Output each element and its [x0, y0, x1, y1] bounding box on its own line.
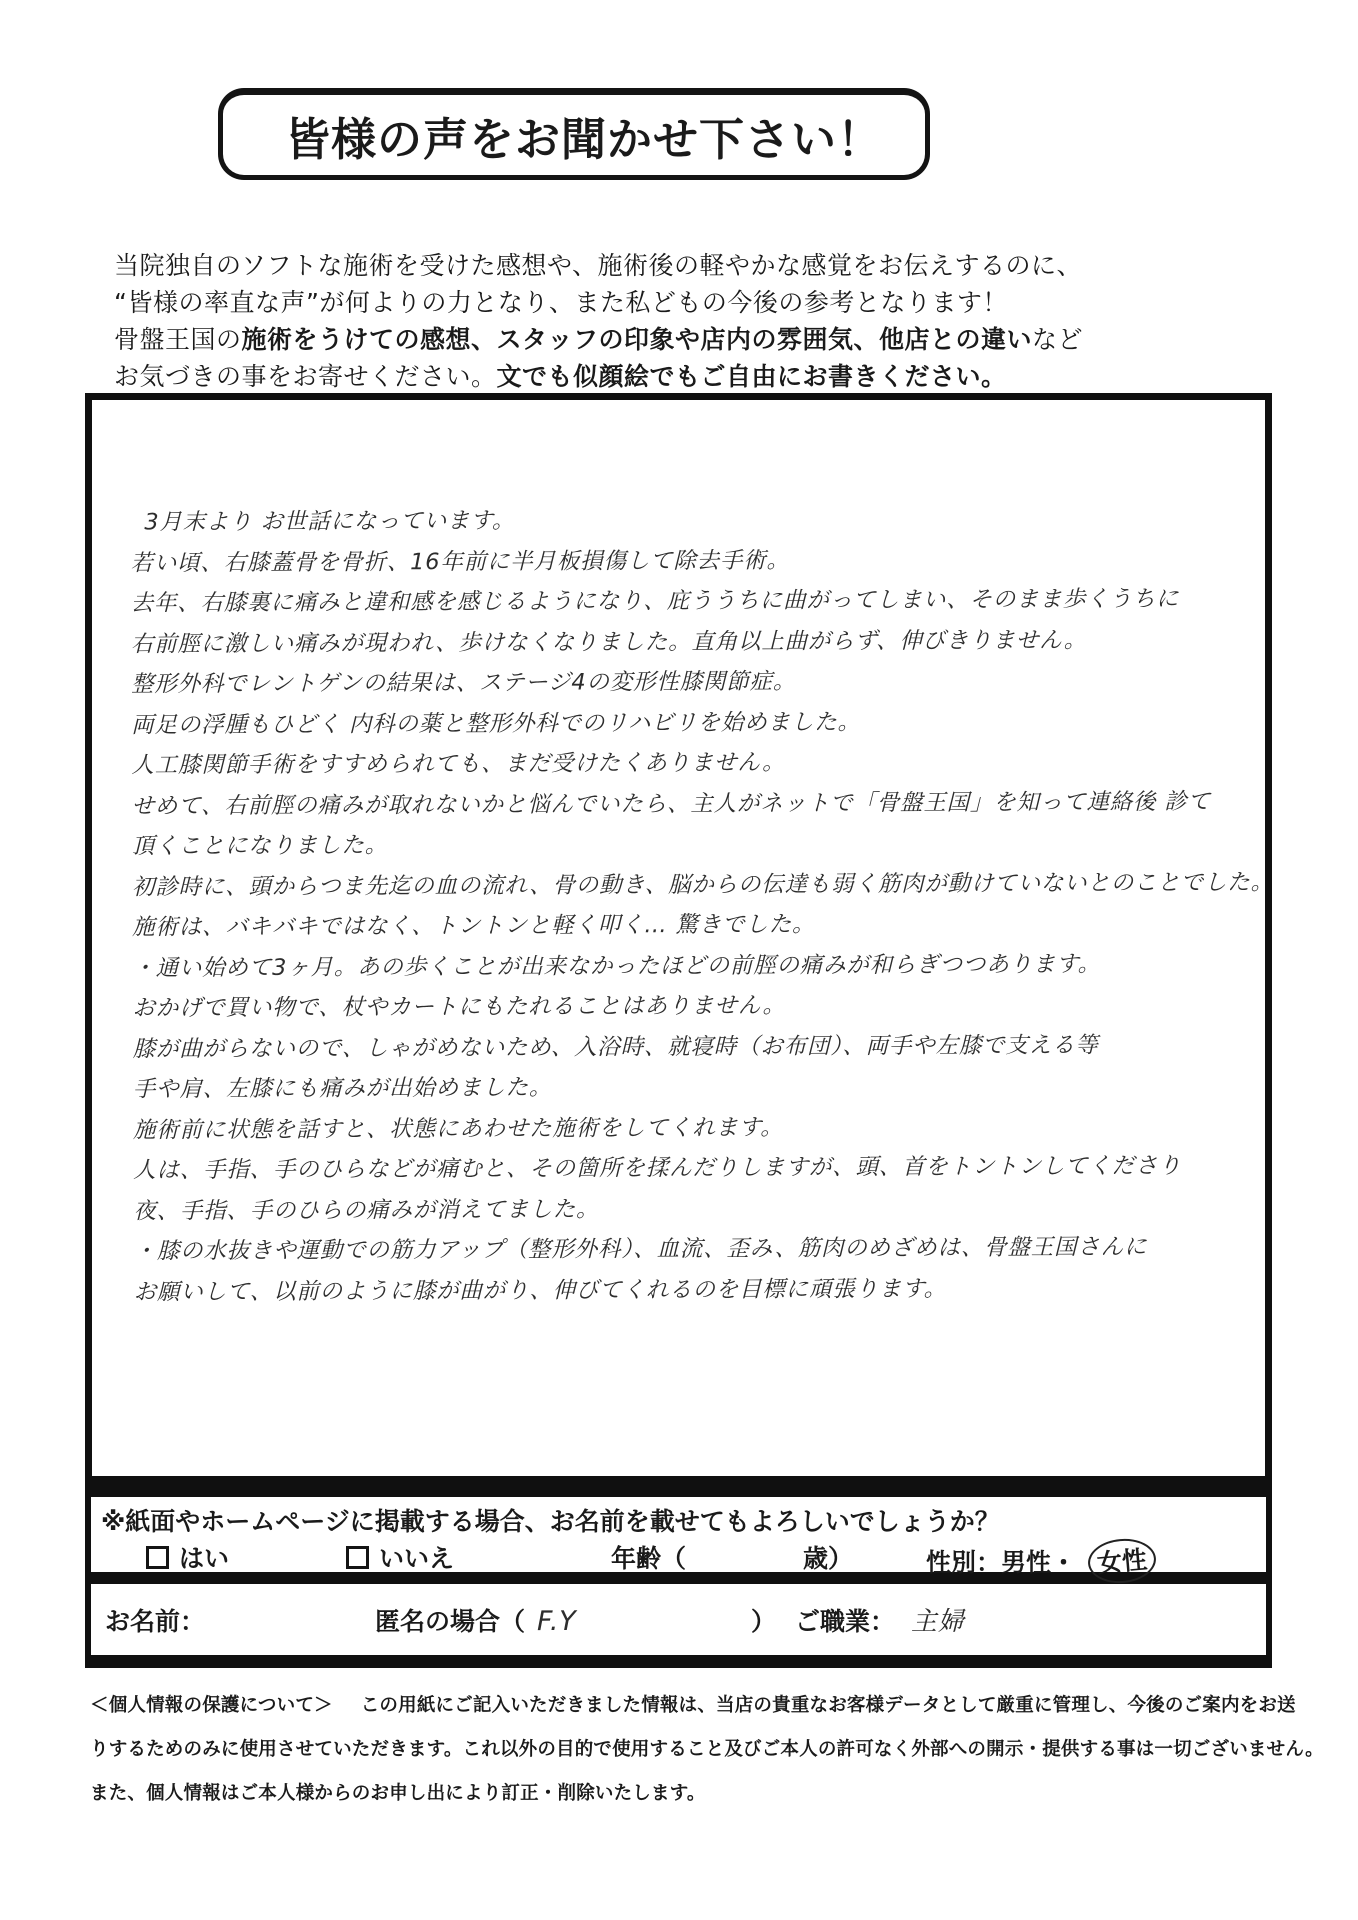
- intro-text: お気づきの事をお寄せください。: [114, 362, 497, 391]
- intro-text: 当院独自のソフトな施術を受けた感想や、施術後の軽やかな感覚をお伝えするのに、: [114, 251, 1082, 280]
- intro-text: など: [1032, 325, 1083, 354]
- testimonial-line: 手や肩、左膝にも痛みが出始めました。: [133, 1065, 1248, 1110]
- intro-line: お気づきの事をお寄せください。文でも似顔絵でもご自由にお書きください。: [114, 358, 1274, 395]
- name-box: お名前： 匿名の場合（ F.Y ） ご職業： 主婦: [85, 1584, 1272, 1668]
- testimonial-line: 3月末より お世話になっています。: [130, 498, 1245, 543]
- privacy-line: ＜個人情報の保護について＞この用紙にご記入いただきました情報は、当店の貴重なお客…: [90, 1684, 1275, 1728]
- name-label: お名前：: [105, 1602, 205, 1638]
- testimonial-line: 施術前に状態を話すと、状態にあわせた施術をしてくれます。: [133, 1105, 1248, 1150]
- page-title: 皆様の声をお聞かせ下さい！: [285, 103, 883, 168]
- intro-text-bold: 施術をうけての感想、スタッフの印象や店内の雰囲気、他店との違い: [242, 325, 1033, 354]
- age-unit-label: 歳）: [803, 1539, 853, 1575]
- privacy-text: この用紙にご記入いただきました情報は、当店の貴重なお客様データとして厳重に管理し…: [361, 1695, 1296, 1716]
- testimonial-line: 初診時に、頭からつま先迄の血の流れ、骨の動き、脳からの伝達も弱く筋肉が動けていな…: [132, 862, 1247, 907]
- privacy-label: ＜個人情報の保護について＞: [90, 1695, 333, 1716]
- testimonial-line: せめて、右前脛の痛みが取れないかと悩んでいたら、主人がネットで「骨盤王国」を知っ…: [131, 781, 1246, 826]
- testimonial-line: 施術は、バキバキではなく、トントンと軽く叩く… 驚きでした。: [132, 903, 1247, 948]
- feedback-form-page: 皆様の声をお聞かせ下さい！ 当院独自のソフトな施術を受けた感想や、施術後の軽やか…: [0, 0, 1358, 1920]
- consent-question: ※紙面やホームページに掲載する場合、お名前を載せてもよろしいでしょうか？: [101, 1502, 1000, 1538]
- title-box: 皆様の声をお聞かせ下さい！: [218, 88, 930, 180]
- testimonial-line: 整形外科でレントゲンの結果は、ステージ4の変形性膝関節症。: [131, 660, 1246, 705]
- age-label: 年齢（: [611, 1539, 686, 1575]
- yes-label: はい: [179, 1539, 229, 1575]
- testimonial-line: 頂くことになりました。: [132, 822, 1247, 867]
- job-label: ご職業：: [795, 1602, 895, 1638]
- close-paren: ）: [751, 1602, 776, 1638]
- testimonial-line: 若い頃、右膝蓋骨を骨折、16年前に半月板損傷して除去手術。: [130, 538, 1245, 583]
- testimonial-line: 人は、手指、手のひらなどが痛むと、その箇所を揉んだりしますが、頭、首をトントンし…: [133, 1146, 1248, 1191]
- privacy-notice: ＜個人情報の保護について＞この用紙にご記入いただきました情報は、当店の貴重なお客…: [90, 1684, 1275, 1816]
- testimonial-line: お願いして、以前のように膝が曲がり、伸びてくれるのを目標に頑張ります。: [134, 1267, 1249, 1312]
- testimonial-line: おかげで買い物で、杖やカートにもたれることはありません。: [132, 984, 1247, 1029]
- intro-line: 当院独自のソフトな施術を受けた感想や、施術後の軽やかな感覚をお伝えするのに、: [114, 247, 1274, 284]
- testimonial-box: 3月末より お世話になっています。 若い頃、右膝蓋骨を骨折、16年前に半月板損傷…: [85, 393, 1272, 1483]
- gender-prefix-label[interactable]: 性別：男性・: [926, 1543, 1076, 1579]
- testimonial-line: 人工膝関節手術をすすめられても、まだ受けたくありません。: [131, 741, 1246, 786]
- job-value[interactable]: 主婦: [911, 1602, 965, 1643]
- gender-field: 性別：男性・ 女性: [926, 1539, 1156, 1583]
- testimonial-line: 両足の浮腫もひどく 内科の薬と整形外科でのリハビリを始めました。: [131, 700, 1246, 745]
- privacy-line: りするためのみに使用させていただきます。これ以外の目的で使用すること及びご本人の…: [90, 1728, 1275, 1772]
- intro-text-bold: 文でも似顔絵でもご自由にお書きください。: [497, 362, 1007, 391]
- testimonial-line: 膝が曲がらないので、しゃがめないため、入浴時、就寝時（お布団）、両手や左膝で支え…: [133, 1024, 1248, 1069]
- gender-female-circled[interactable]: 女性: [1086, 1536, 1158, 1586]
- intro-line: 骨盤王国の施術をうけての感想、スタッフの印象や店内の雰囲気、他店との違いなど: [114, 321, 1274, 358]
- testimonial-line: ・通い始めて3ヶ月。あの歩くことが出来なかったほどの前脛の痛みが和らぎつつありま…: [132, 943, 1247, 988]
- testimonial-line: 夜、手指、手のひらの痛みが消えてました。: [133, 1186, 1248, 1231]
- anonymous-name-value[interactable]: F.Y: [537, 1602, 577, 1643]
- handwritten-testimonial: 3月末より お世話になっています。 若い頃、右膝蓋骨を骨折、16年前に半月板損傷…: [130, 498, 1249, 1313]
- intro-text: 骨盤王国の: [114, 325, 242, 354]
- intro-text: “皆様の率直な声”が何よりの力となり、また私どもの今後の参考となります！: [114, 288, 1008, 317]
- testimonial-line: ・膝の水抜きや運動での筋力アップ（整形外科）、血流、歪み、筋肉のめざめは、骨盤王…: [133, 1227, 1248, 1272]
- intro-line: “皆様の率直な声”が何よりの力となり、また私どもの今後の参考となります！: [114, 284, 1274, 321]
- anonymous-label-text: 匿名の場合（: [375, 1607, 525, 1636]
- consent-box: ※紙面やホームページに掲載する場合、お名前を載せてもよろしいでしょうか？ はい …: [85, 1483, 1272, 1584]
- testimonial-line: 右前脛に激しい痛みが現われ、歩けなくなりました。直角以上曲がらず、伸びきりません…: [131, 619, 1246, 664]
- privacy-line: また、個人情報はご本人様からのお申し出により訂正・削除いたします。: [90, 1772, 1275, 1816]
- testimonial-line: 去年、右膝裏に痛みと違和感を感じるようになり、庇ううちに曲がってしまい、そのまま…: [131, 579, 1246, 624]
- no-label: いいえ: [379, 1539, 454, 1575]
- age-field-label: 年齢（: [611, 1539, 696, 1575]
- consent-options-row: はい いいえ 年齢（ 歳） 性別：男性・ 女性: [91, 1539, 1266, 1573]
- anonymous-label: 匿名の場合（: [375, 1602, 525, 1638]
- consent-option-no: いいえ: [346, 1539, 454, 1575]
- yes-checkbox[interactable]: [146, 1546, 169, 1569]
- no-checkbox[interactable]: [346, 1546, 369, 1569]
- consent-option-yes: はい: [146, 1539, 229, 1575]
